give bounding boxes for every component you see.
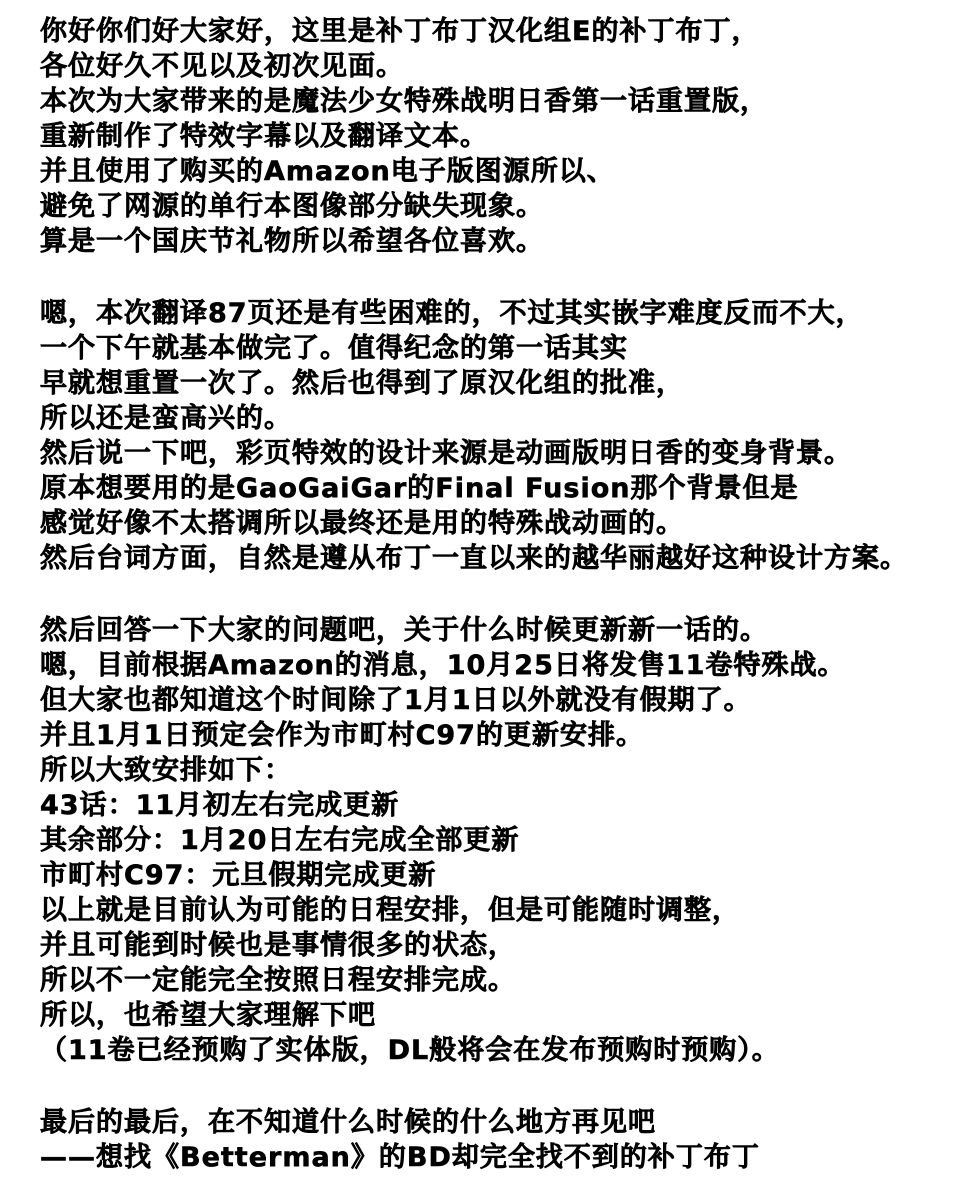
text-line: 早就想重置一次了。然后也得到了原汉化组的批准，: [40, 366, 950, 401]
text-line: 市町村C97：元旦假期完成更新: [40, 858, 950, 893]
text-line: 然后台词方面，自然是遵从布丁一直以来的越华丽越好这种设计方案。: [40, 541, 950, 576]
paragraph: 你好你们好大家好，这里是补丁布丁汉化组E的补丁布丁，各位好久不见以及初次见面。本…: [40, 14, 950, 259]
paragraph: 然后回答一下大家的问题吧，关于什么时候更新新一话的。嗯，目前根据Amazon的消…: [40, 613, 950, 1068]
text-line: 并且1月1日预定会作为市町村C97的更新安排。: [40, 718, 950, 753]
text-line: （11卷已经预购了实体版，DL般将会在发布预购时预购）。: [40, 1033, 950, 1068]
text-line: 其余部分：1月20日左右完成全部更新: [40, 823, 950, 858]
text-line: 所以，也希望大家理解下吧: [40, 998, 950, 1033]
text-line: 嗯，目前根据Amazon的消息，10月25日将发售11卷特殊战。: [40, 648, 950, 683]
text-line: 并且可能到时候也是事情很多的状态，: [40, 928, 950, 963]
text-line: 避免了网源的单行本图像部分缺失现象。: [40, 189, 950, 224]
text-line: 算是一个国庆节礼物所以希望各位喜欢。: [40, 224, 950, 259]
text-line: 以上就是目前认为可能的日程安排，但是可能随时调整，: [40, 893, 950, 928]
text-line: 然后回答一下大家的问题吧，关于什么时候更新新一话的。: [40, 613, 950, 648]
text-line: 你好你们好大家好，这里是补丁布丁汉化组E的补丁布丁，: [40, 14, 950, 49]
text-line: 然后说一下吧，彩页特效的设计来源是动画版明日香的变身背景。: [40, 436, 950, 471]
text-line: 本次为大家带来的是魔法少女特殊战明日香第一话重置版，: [40, 84, 950, 119]
text-line: 原本想要用的是GaoGaiGar的Final Fusion那个背景但是: [40, 471, 950, 506]
text-line: 43话：11月初左右完成更新: [40, 788, 950, 823]
text-line: 所以还是蛮高兴的。: [40, 401, 950, 436]
text-line: 最后的最后，在不知道什么时候的什么地方再见吧: [40, 1105, 950, 1140]
document-body: 你好你们好大家好，这里是补丁布丁汉化组E的补丁布丁，各位好久不见以及初次见面。本…: [0, 0, 960, 1175]
text-line: 所以大致安排如下：: [40, 753, 950, 788]
text-line: 一个下午就基本做完了。值得纪念的第一话其实: [40, 331, 950, 366]
text-line: 重新制作了特效字幕以及翻译文本。: [40, 119, 950, 154]
text-line: 感觉好像不太搭调所以最终还是用的特殊战动画的。: [40, 506, 950, 541]
text-line: ——想找《Betterman》的BD却完全找不到的补丁布丁: [40, 1140, 950, 1175]
text-line: 嗯，本次翻译87页还是有些困难的，不过其实嵌字难度反而不大，: [40, 296, 950, 331]
paragraph: 嗯，本次翻译87页还是有些困难的，不过其实嵌字难度反而不大，一个下午就基本做完了…: [40, 296, 950, 576]
text-line: 但大家也都知道这个时间除了1月1日以外就没有假期了。: [40, 683, 950, 718]
paragraph: 最后的最后，在不知道什么时候的什么地方再见吧——想找《Betterman》的BD…: [40, 1105, 950, 1175]
text-line: 并且使用了购买的Amazon电子版图源所以、: [40, 154, 950, 189]
text-line: 所以不一定能完全按照日程安排完成。: [40, 963, 950, 998]
afterword-page: 你好你们好大家好，这里是补丁布丁汉化组E的补丁布丁，各位好久不见以及初次见面。本…: [0, 0, 960, 1200]
text-line: 各位好久不见以及初次见面。: [40, 49, 950, 84]
